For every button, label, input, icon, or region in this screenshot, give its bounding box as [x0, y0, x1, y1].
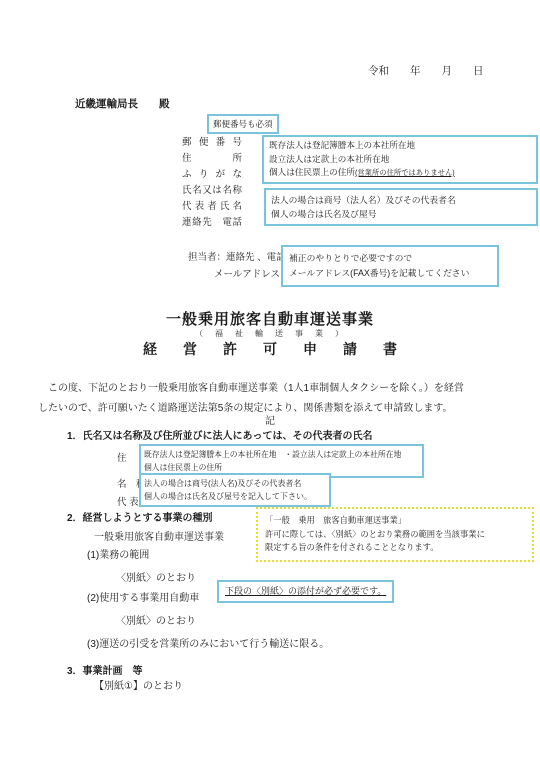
scope-condition-line1: 「一般 乗用 旅客自動車運送事業」 — [265, 514, 525, 528]
section2-item3: (3)運送の引受を営業所のみにおいて行う輸送に限る。 — [87, 635, 329, 650]
staff-email-line: メールアドレス — [214, 266, 280, 280]
address-guidance-line3: 個人は住民票上の住所(営業所の住所ではありません) — [269, 166, 531, 180]
name-guidance-callout: 法人の場合は商号（法人名）及びその代表者名 個人の場合は氏名及び屋号 — [264, 188, 538, 226]
section1-heading: 1．氏名又は名称及び住所並びに法人にあっては、その代表者の氏名 — [67, 427, 372, 442]
address-guidance-callout: 既存法人は登記簿謄本上の本社所在地 設立法人は定款上の本社所在地 個人は住民票上… — [262, 135, 538, 184]
record-mark: 記 — [0, 412, 540, 427]
field-label-postal-code: 郵便番号 — [182, 134, 242, 148]
section3-heading: 3．事業計画 等 — [67, 662, 143, 677]
postal-required-callout: 郵便番号も必須 — [207, 114, 279, 134]
section1-address-note-line1: 既存法人は登記簿謄本上の本社所在地 ・設立法人は定款上の本社所在地 — [144, 448, 419, 461]
scope-condition-line2: 許可に際しては、〈別紙〉のとおり業務の範囲を当該事業に — [265, 528, 525, 542]
staff-note-line1: 補正のやりとりで必要ですので — [289, 251, 491, 266]
section2-attachment2: 〈別紙〉のとおり — [116, 612, 196, 627]
address-guidance-line3-main: 個人は住民票上の住所 — [269, 167, 355, 177]
address-guidance-line2: 設立法人は定款上の本社所在地 — [269, 153, 531, 167]
postal-required-text: 郵便番号も必須 — [213, 119, 273, 129]
scope-condition-warning-box: 「一般 乗用 旅客自動車運送事業」 許可に際しては、〈別紙〉のとおり業務の範囲を… — [256, 507, 534, 562]
field-label-address: 住所 — [182, 150, 242, 164]
name-guidance-line1: 法人の場合は商号（法人名）及びその代表者名 — [271, 193, 531, 207]
field-label-name-or-title: 氏名又は名称 — [182, 182, 242, 196]
section2-business-type: 一般乗用旅客自動車運送事業 — [94, 528, 224, 543]
section2-heading: 2．経営しようとする事業の種別 — [67, 509, 213, 524]
section2-item2: (2)使用する事業用自動車 — [87, 589, 199, 604]
address-guidance-line3-sub: (営業所の住所ではありません) — [355, 168, 455, 177]
section3-attachment: 【別紙①】のとおり — [94, 677, 183, 692]
field-label-representative: 代表者氏名 — [182, 198, 242, 212]
section2-attachment1: 〈別紙〉のとおり — [116, 569, 196, 584]
application-form-page: 令和 年 月 日 近畿運輸局長 殿 郵便番号も必須 郵便番号 住所 ふりがな 氏… — [0, 0, 540, 763]
section2-item1: (1)業務の範囲 — [87, 546, 149, 561]
title-heading: 経 営 許 可 申 請 書 — [0, 339, 540, 359]
staff-contact-line: 担当者：連絡先 、電話 — [188, 249, 286, 263]
staff-note-line2: メールアドレス(FAX番号)を記載してください — [289, 266, 491, 281]
addressee-line: 近畿運輸局長 殿 — [75, 96, 170, 111]
scope-condition-line3: 限定する旨の条件を付されることとなります。 — [265, 541, 525, 555]
field-label-furigana: ふりがな — [182, 166, 242, 180]
title-main: 一般乗用旅客自動車運送事業 — [0, 308, 540, 329]
title-sub: （ 福 祉 輸 送 事 業 ） — [0, 328, 540, 339]
attachment-required-text: 下段の〈別紙〉の添付が必ず必要です。 — [225, 586, 386, 596]
section1-name-note-line1: 法人の場合は商号(法人名)及びその代表者名 — [144, 477, 326, 490]
section1-name-callout: 法人の場合は商号(法人名)及びその代表者名 個人の場合は氏名及び屋号を記入して下… — [139, 473, 331, 507]
section1-name-note-line2: 個人の場合は氏名及び屋号を記入して下さい。 — [144, 490, 326, 503]
address-guidance-line1: 既存法人は登記簿謄本上の本社所在地 — [269, 139, 531, 153]
body-line1: この度、下記のとおり一般乗用旅客自動車運送事業（1人1車制個人タクシーを除く。）… — [38, 379, 464, 399]
name-guidance-line2: 個人の場合は氏名及び屋号 — [271, 207, 531, 221]
field-label-contact-tel: 連絡先 電話 — [182, 214, 242, 228]
date-line: 令和 年 月 日 — [368, 63, 484, 78]
staff-note-callout: 補正のやりとりで必要ですので メールアドレス(FAX番号)を記載してください — [281, 245, 499, 287]
attachment-required-callout: 下段の〈別紙〉の添付が必ず必要です。 — [217, 580, 394, 603]
